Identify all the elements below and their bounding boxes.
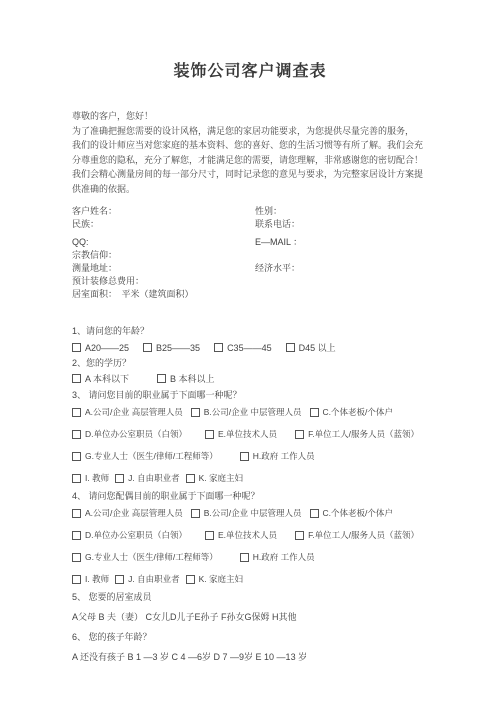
intro-line-6: 供准确的依据。 (72, 182, 460, 197)
question-4-options-row-1: A.公司/企业 高层管理人员 B.公司/企业 中层管理人员 C.个体老板/个体户 (72, 507, 460, 519)
q4-option-i[interactable]: I. 教师 (72, 573, 109, 585)
field-row: 测量地址： 经济水平： (72, 262, 460, 275)
q4-option-h[interactable]: H.政府 工作人员 (240, 551, 315, 563)
option-label: I. 教师 (85, 472, 109, 484)
intro-paragraph: 尊敬的客户，您好！ 为了准确把握您需要的设计风格，满足您的家居功能要求，为您提供… (72, 109, 460, 196)
checkbox-icon[interactable] (240, 452, 249, 461)
checkbox-icon[interactable] (72, 474, 81, 483)
checkbox-icon[interactable] (72, 452, 81, 461)
field-qq: QQ: (72, 236, 255, 249)
field-floor-area: 居室面积： 平米（建筑面积） (72, 288, 255, 301)
checkbox-icon[interactable] (186, 575, 195, 584)
checkbox-icon[interactable] (72, 343, 81, 352)
checkbox-icon[interactable] (295, 430, 304, 439)
question-3-title: 3、 请问您目前的职业属于下面哪一种呢？ (72, 389, 460, 401)
q1-option-b[interactable]: B25——35 (143, 343, 200, 353)
option-label: C35——45 (227, 343, 272, 353)
field-row: QQ: E—MAIL ： (72, 236, 460, 249)
question-2-title: 2、您的学历？ (72, 357, 460, 369)
checkbox-icon[interactable] (72, 408, 81, 417)
q1-option-a[interactable]: A20——25 (72, 343, 129, 353)
checkbox-icon[interactable] (205, 531, 214, 540)
q4-option-f[interactable]: F.单位工人/服务人员（蓝领） (295, 529, 419, 541)
q4-option-c[interactable]: C.个体老板/个体户 (310, 507, 393, 519)
checkbox-icon[interactable] (240, 553, 249, 562)
q3-option-j[interactable]: J. 自由职业者 (115, 472, 179, 484)
option-label: J. 自由职业者 (128, 573, 179, 585)
q4-option-b[interactable]: B.公司/企业 中层管理人员 (191, 507, 302, 519)
q3-option-k[interactable]: K. 家庭主妇 (186, 472, 243, 484)
intro-line-5: 我们会精心测量房间的每一部分尺寸，同时记录您的意见与要求，为完整家居设计方案提 (72, 167, 460, 182)
field-customer-name: 客户姓名： (72, 205, 255, 218)
option-label: A20——25 (85, 343, 129, 353)
checkbox-icon[interactable] (310, 509, 319, 518)
customer-info-fields: 客户姓名： 性别： 民族： 联系电话： QQ: E—MAIL ： 宗教信仰： 测… (72, 205, 460, 301)
option-label: A.公司/企业 高层管理人员 (85, 507, 183, 519)
checkbox-icon[interactable] (191, 408, 200, 417)
checkbox-icon[interactable] (72, 575, 81, 584)
option-label: H.政府 工作人员 (253, 450, 315, 462)
q2-option-b[interactable]: B 本科以上 (157, 372, 215, 385)
question-5-options: A父母 B 夫（妻） C女儿D儿子E孙子 F孙女G保姆 H其他 (72, 611, 460, 623)
option-label: K. 家庭主妇 (199, 573, 243, 585)
field-phone: 联系电话： (255, 218, 300, 231)
q1-option-d[interactable]: D45 以上 (286, 341, 336, 354)
q4-option-a[interactable]: A.公司/企业 高层管理人员 (72, 507, 183, 519)
question-5-title: 5、 您要的居室成员 (72, 591, 460, 603)
option-label: C.个体老板/个体户 (323, 507, 393, 519)
option-label: B25——35 (156, 343, 200, 353)
field-economic-level: 经济水平： (255, 262, 300, 275)
q4-option-g[interactable]: G.专业人士（医生/律师/工程师等） (72, 551, 218, 563)
question-6-title: 6、 您的孩子年龄？ (72, 631, 460, 643)
q3-option-d[interactable]: D.单位办公室职员（白领） (72, 428, 187, 440)
q4-option-k[interactable]: K. 家庭主妇 (186, 573, 243, 585)
q3-option-i[interactable]: I. 教师 (72, 472, 109, 484)
q4-option-d[interactable]: D.单位办公室职员（白领） (72, 529, 187, 541)
checkbox-icon[interactable] (115, 474, 124, 483)
field-ethnicity: 民族： (72, 218, 255, 231)
option-label: H.政府 工作人员 (253, 551, 315, 563)
option-label: F.单位工人/服务人员（蓝领） (308, 428, 419, 440)
field-gender: 性别： (255, 205, 282, 218)
question-1-options: A20——25 B25——35 C35——45 D45 以上 (72, 341, 460, 354)
q3-option-h[interactable]: H.政府 工作人员 (240, 450, 315, 462)
q3-option-f[interactable]: F.单位工人/服务人员（蓝领） (295, 428, 419, 440)
q3-option-c[interactable]: C.个体老板/个体户 (310, 406, 393, 418)
checkbox-icon[interactable] (72, 430, 81, 439)
checkbox-icon[interactable] (186, 474, 195, 483)
q3-option-g[interactable]: G.专业人士（医生/律师/工程师等） (72, 450, 218, 462)
question-3-options-row-2: D.单位办公室职员（白领） E.单位技术人员 F.单位工人/服务人员（蓝领） (72, 428, 460, 440)
field-religion: 宗教信仰： (72, 249, 255, 262)
question-6-options: A 还没有孩子 B 1 —3 岁 C 4 —6岁 D 7 —9岁 E 10 —1… (72, 651, 460, 663)
question-4-options-row-2: D.单位办公室职员（白领） E.单位技术人员 F.单位工人/服务人员（蓝领） (72, 529, 460, 541)
checkbox-icon[interactable] (310, 408, 319, 417)
option-label: B.公司/企业 中层管理人员 (204, 406, 302, 418)
q3-option-e[interactable]: E.单位技术人员 (205, 428, 277, 440)
q3-option-a[interactable]: A.公司/企业 高层管理人员 (72, 406, 183, 418)
question-3-options-row-4: I. 教师 J. 自由职业者 K. 家庭主妇 (72, 472, 460, 484)
intro-line-1: 尊敬的客户，您好！ (72, 109, 460, 124)
checkbox-icon[interactable] (143, 343, 152, 352)
q1-option-c[interactable]: C35——45 (214, 343, 272, 353)
field-row: 民族： 联系电话： (72, 218, 460, 231)
checkbox-icon[interactable] (295, 531, 304, 540)
checkbox-icon[interactable] (157, 374, 166, 383)
option-label: A 本科以下 (85, 372, 129, 385)
question-4-title: 4、 请问您配偶目前的职业属于下面哪一种呢？ (72, 490, 460, 502)
intro-line-3: 我们的设计师应当对您家庭的基本资料、您的喜好、您的生活习惯等有所了解。我们会充 (72, 138, 460, 153)
field-estimated-budget: 预计装修总费用： (72, 275, 255, 288)
q2-option-a[interactable]: A 本科以下 (72, 372, 129, 385)
checkbox-icon[interactable] (191, 509, 200, 518)
option-label: E.单位技术人员 (218, 428, 277, 440)
question-1-title: 1、请问您的年龄？ (72, 325, 460, 337)
checkbox-icon[interactable] (72, 374, 81, 383)
field-row: 宗教信仰： (72, 249, 460, 262)
option-label: D.单位办公室职员（白领） (85, 428, 187, 440)
option-label: A.公司/企业 高层管理人员 (85, 406, 183, 418)
checkbox-icon[interactable] (205, 430, 214, 439)
question-3-options-row-1: A.公司/企业 高层管理人员 B.公司/企业 中层管理人员 C.个体老板/个体户 (72, 406, 460, 418)
option-label: B.公司/企业 中层管理人员 (204, 507, 302, 519)
field-row: 居室面积： 平米（建筑面积） (72, 288, 460, 301)
option-label: D.单位办公室职员（白领） (85, 529, 187, 541)
q3-option-b[interactable]: B.公司/企业 中层管理人员 (191, 406, 302, 418)
option-label: G.专业人士（医生/律师/工程师等） (85, 450, 218, 462)
option-label: B 本科以上 (170, 372, 215, 385)
checkbox-icon[interactable] (72, 509, 81, 518)
question-4-options-row-4: I. 教师 J. 自由职业者 K. 家庭主妇 (72, 573, 460, 585)
checkbox-icon[interactable] (72, 531, 81, 540)
checkbox-icon[interactable] (72, 553, 81, 562)
q4-option-j[interactable]: J. 自由职业者 (115, 573, 179, 585)
question-4-options-row-3: G.专业人士（医生/律师/工程师等） H.政府 工作人员 (72, 551, 460, 563)
question-2-options: A 本科以下 B 本科以上 (72, 372, 460, 385)
checkbox-icon[interactable] (286, 343, 295, 352)
q4-option-e[interactable]: E.单位技术人员 (205, 529, 277, 541)
field-email: E—MAIL ： (255, 236, 302, 249)
intro-line-4: 分尊重您的隐私，充分了解您，才能满足您的需要，请您理解，非常感谢您的密切配合！ (72, 153, 460, 168)
page-title: 装饰公司客户调查表 (72, 58, 428, 81)
checkbox-icon[interactable] (214, 343, 223, 352)
option-label: E.单位技术人员 (218, 529, 277, 541)
checkbox-icon[interactable] (115, 575, 124, 584)
option-label: J. 自由职业者 (128, 472, 179, 484)
option-label: G.专业人士（医生/律师/工程师等） (85, 551, 218, 563)
option-label: I. 教师 (85, 573, 109, 585)
option-label: C.个体老板/个体户 (323, 406, 393, 418)
option-label: D45 以上 (299, 341, 336, 354)
field-row: 预计装修总费用： (72, 275, 460, 288)
intro-line-2: 为了准确把握您需要的设计风格，满足您的家居功能要求，为您提供尽量完善的服务， (72, 124, 460, 139)
field-row: 客户姓名： 性别： (72, 205, 460, 218)
survey-document: 装饰公司客户调查表 尊敬的客户，您好！ 为了准确把握您需要的设计风格，满足您的家… (0, 0, 500, 708)
option-label: K. 家庭主妇 (199, 472, 243, 484)
option-label: F.单位工人/服务人员（蓝领） (308, 529, 419, 541)
questions-section: 1、请问您的年龄？ A20——25 B25——35 C35——45 D45 以上… (72, 325, 460, 663)
field-survey-address: 测量地址： (72, 262, 255, 275)
question-3-options-row-3: G.专业人士（医生/律师/工程师等） H.政府 工作人员 (72, 450, 460, 462)
